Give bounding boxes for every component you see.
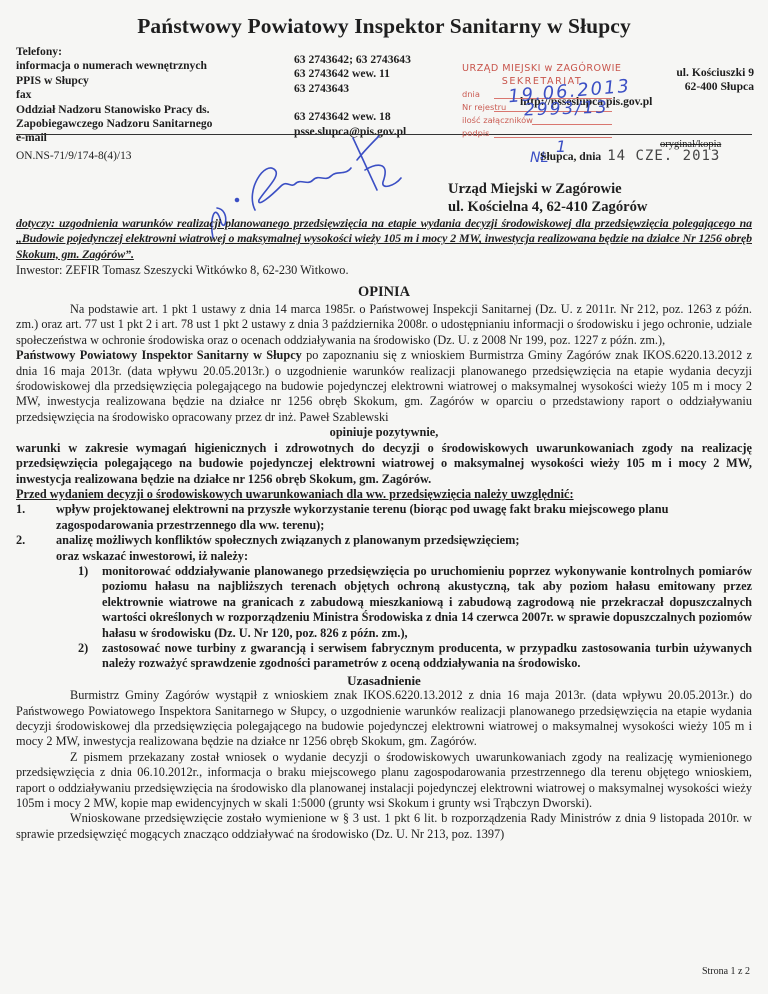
place: Słupca, dnia [540,150,601,163]
opinion-inspector-paragraph: Państwowy Powiatowy Inspektor Sanitarny … [16,348,752,425]
opinion-legal-basis: Na podstawie art. 1 pkt 1 ustawy z dnia … [16,302,752,348]
label-phones: Telefony: [16,45,212,59]
handwritten-registry-number: 2993/13 [524,98,609,121]
justification-heading: Uzasadnienie [16,673,752,688]
considerations-list: 1.wpływ projektowanej elektrowni na przy… [16,502,752,548]
opinion-heading: OPINIA [16,285,752,300]
list-item: 2)zastosować nowe turbiny z gwarancją i … [78,641,752,672]
value-internal-numbers: 63 2743642; 63 2743643 [294,53,411,67]
stamp-date-label: dnia [462,89,480,99]
investor-instructions-list: 1)monitorować oddziaływanie planowanego … [16,564,752,672]
addressee: Urząd Miejski w Zagórowie ul. Kościelna … [448,180,647,216]
stamp-sign-row: podpis [462,127,622,140]
document-page: Państwowy Powiatowy Inspektor Sanitarny … [0,0,768,994]
label-department-2: Zapobiegawczego Nadzoru Sanitarnego [16,117,212,131]
addressee-name: Urząd Miejski w Zagórowie [448,180,647,198]
contact-labels: Telefony: informacja o numerach wewnętrz… [16,45,212,146]
stamp-office: URZĄD MIEJSKI w ZAGÓROWIE [462,62,622,75]
opinion-conditions: warunki w zakresie wymagań higienicznych… [16,441,752,487]
page-number: Strona 1 z 2 [702,966,750,977]
justification-paragraph-1: Burmistrz Gminy Zagórów wystąpił z wnios… [16,688,752,750]
value-ppis: 63 2743642 wew. 11 [294,67,411,81]
reference-number: ON.NS-71/9/174-8(4)/13 [16,150,131,162]
list-item: 1.wpływ projektowanej elektrowni na przy… [16,502,752,533]
before-decision-heading: Przed wydaniem decyzji o środowiskowych … [16,487,752,502]
list-item: 1)monitorować oddziaływanie planowanego … [78,564,752,641]
label-fax: fax [16,88,212,102]
contact-values: 63 2743642; 63 2743643 63 2743642 wew. 1… [294,53,411,139]
subject: dotyczy: uzgodnienia warunków realizacji… [16,216,752,262]
stamp-sign-label: podpis [462,128,490,138]
justification-paragraph-2: Z pismem przekazany został wniosek o wyd… [16,750,752,812]
document-body: dotyczy: uzgodnienia warunków realizacji… [16,216,752,842]
value-department: 63 2743642 wew. 18 [294,110,411,124]
list-item: 2.analizę możliwych konfliktów społeczny… [16,533,752,548]
justification-paragraph-3: Wnioskowane przedsięwzięcie zostało wymi… [16,811,752,842]
label-ppis: PPIS w Słupcy [16,74,212,88]
label-department-1: Oddział Nadzoru Stanowisko Pracy ds. [16,103,212,117]
investor: Inwestor: ZEFIR Tomasz Szeszycki Witkówk… [16,263,752,278]
inspector-name: Państwowy Powiatowy Inspektor Sanitarny … [16,348,302,362]
opinion-verdict: opiniuje pozytywnie, [16,425,752,440]
issuer-title: Państwowy Powiatowy Inspektor Sanitarny … [0,14,768,39]
date-stamp: 14 CZE. 2013 [607,148,720,164]
label-internal-numbers: informacja o numerach wewnętrznych [16,59,212,73]
investor-instructions-lead: oraz wskazać inwestorowi, iż należy: [16,549,752,564]
stamp-attachments-label: ilość załączników [462,115,533,125]
value-fax: 63 2743643 [294,82,411,96]
addressee-street: ul. Kościelna 4, 62-410 Zagórów [448,198,647,216]
place-and-date: Słupca, dnia14 CZE. 2013 [540,148,720,164]
